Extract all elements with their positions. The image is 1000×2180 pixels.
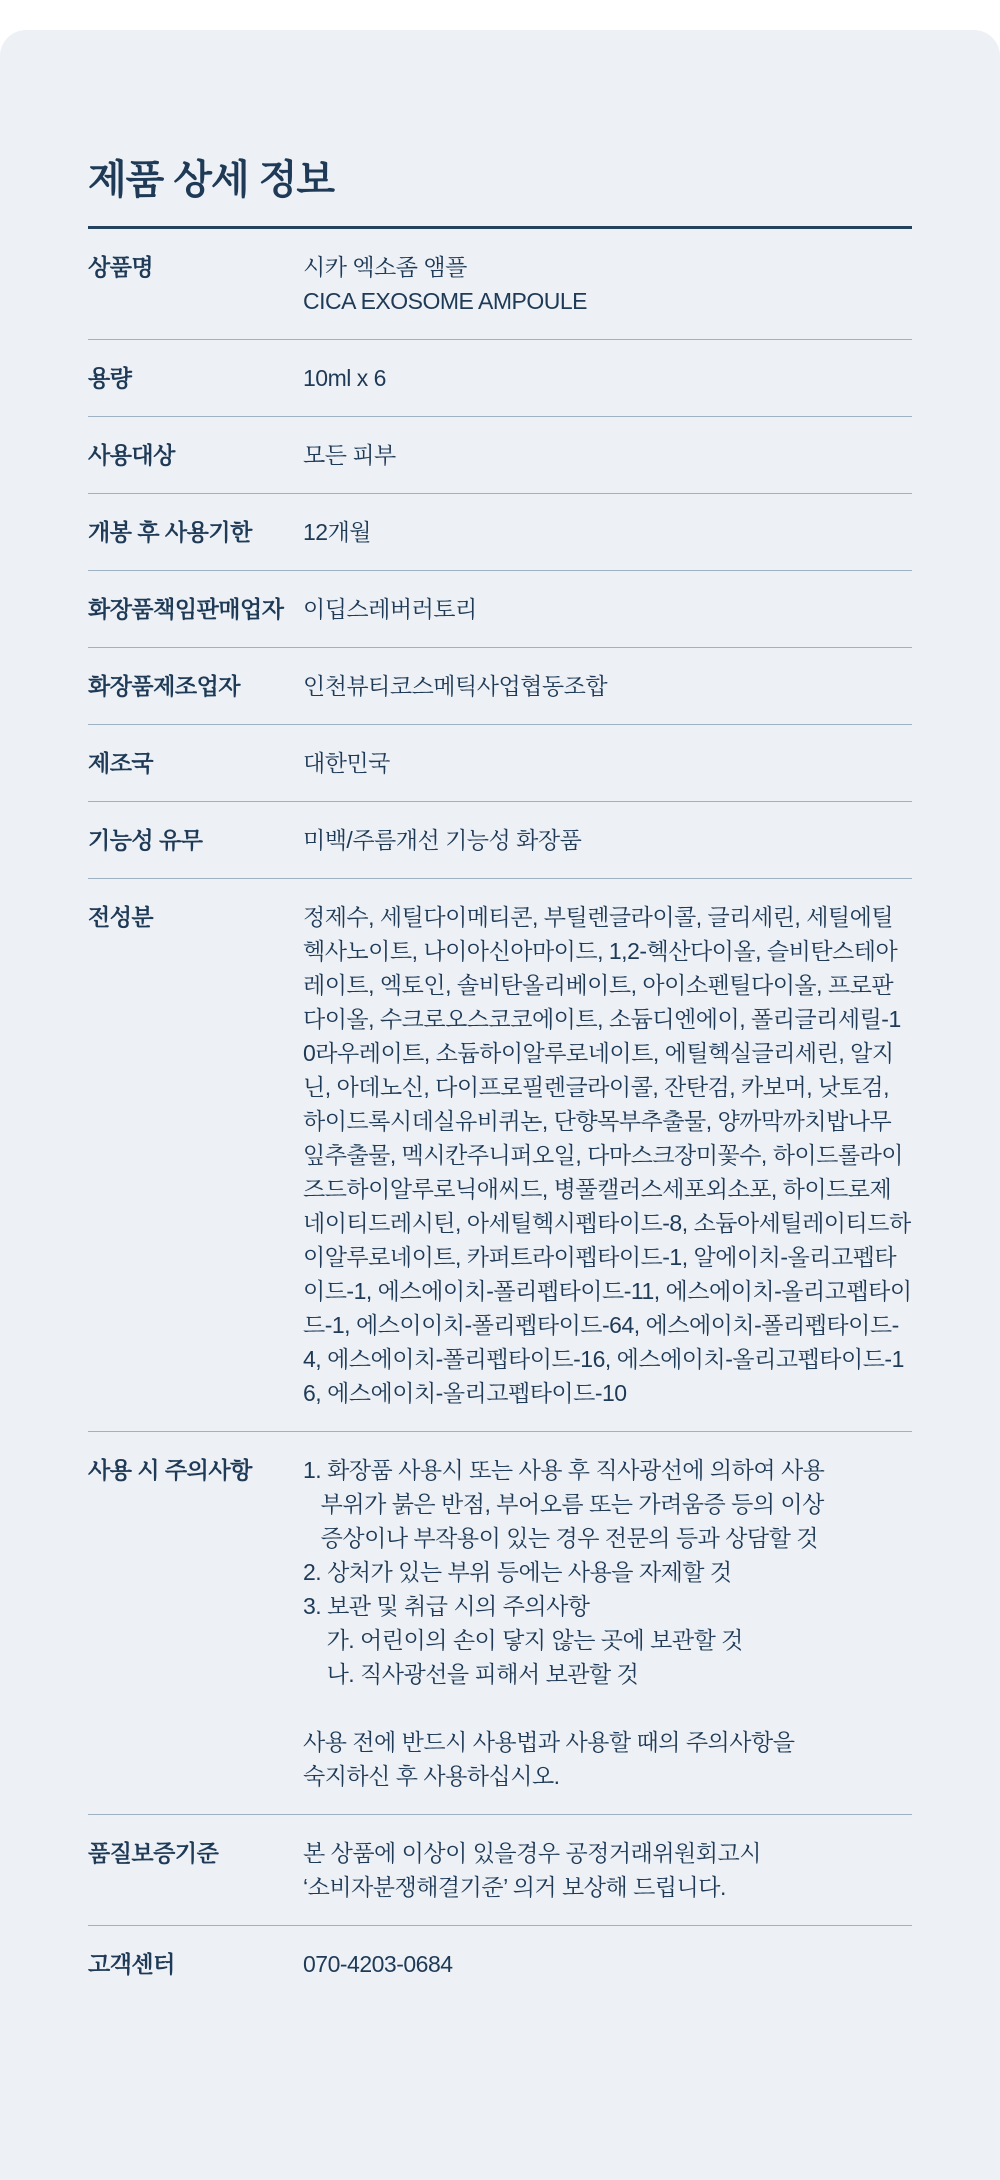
row-ingredients: 전성분 정제수, 세틸다이메티콘, 부틸렌글라이콜, 글리세린, 세틸에틸헥사노… [88, 879, 912, 1432]
customer-center-phone: 070-4203-0684 [303, 1947, 912, 1981]
row-quality-warranty: 품질보증기준 본 상품에 이상이 있을경우 공정거래위원회고시 ‘소비자분쟁해결… [88, 1815, 912, 1926]
functional-status-value: 미백/주름개선 기능성 화장품 [303, 823, 912, 857]
quality-warranty-label: 품질보증기준 [88, 1836, 303, 1870]
ingredients-value: 정제수, 세틸다이메티콘, 부틸렌글라이콜, 글리세린, 세틸에틸헥사노이트, … [303, 900, 912, 1410]
usage-target-label: 사용대상 [88, 438, 303, 472]
precautions-label: 사용 시 주의사항 [88, 1453, 303, 1487]
product-name-label: 상품명 [88, 250, 303, 284]
volume-value: 10ml x 6 [303, 361, 912, 395]
row-period-after-opening: 개봉 후 사용기한 12개월 [88, 494, 912, 571]
customer-center-label: 고객센터 [88, 1947, 303, 1981]
row-volume: 용량 10ml x 6 [88, 340, 912, 417]
usage-target-value: 모든 피부 [303, 438, 912, 472]
manufacturer-label: 화장품제조업자 [88, 669, 303, 703]
product-name-value: 시카 엑소좀 앰플 CICA EXOSOME AMPOULE [303, 250, 912, 318]
responsible-seller-label: 화장품책임판매업자 [88, 592, 303, 626]
ingredients-label: 전성분 [88, 900, 303, 934]
product-spec-table: 상품명 시카 엑소좀 앰플 CICA EXOSOME AMPOULE 용량 10… [88, 229, 912, 2002]
row-manufacturer: 화장품제조업자 인천뷰티코스메틱사업협동조합 [88, 648, 912, 725]
quality-warranty-value: 본 상품에 이상이 있을경우 공정거래위원회고시 ‘소비자분쟁해결기준’ 의거 … [303, 1836, 912, 1904]
period-after-opening-label: 개봉 후 사용기한 [88, 515, 303, 549]
precautions-value: 1. 화장품 사용시 또는 사용 후 직사광선에 의하여 사용 부위가 붉은 반… [303, 1453, 912, 1793]
row-product-name: 상품명 시카 엑소좀 앰플 CICA EXOSOME AMPOULE [88, 229, 912, 340]
country-of-origin-value: 대한민국 [303, 746, 912, 780]
country-of-origin-label: 제조국 [88, 746, 303, 780]
row-functional-status: 기능성 유무 미백/주름개선 기능성 화장품 [88, 802, 912, 879]
row-precautions: 사용 시 주의사항 1. 화장품 사용시 또는 사용 후 직사광선에 의하여 사… [88, 1432, 912, 1815]
period-after-opening-value: 12개월 [303, 515, 912, 549]
product-detail-panel: 제품 상세 정보 상품명 시카 엑소좀 앰플 CICA EXOSOME AMPO… [0, 30, 1000, 2180]
row-country-of-origin: 제조국 대한민국 [88, 725, 912, 802]
page-title: 제품 상세 정보 [88, 156, 912, 204]
volume-label: 용량 [88, 361, 303, 395]
row-responsible-seller: 화장품책임판매업자 이딥스레버러토리 [88, 571, 912, 648]
row-usage-target: 사용대상 모든 피부 [88, 417, 912, 494]
functional-status-label: 기능성 유무 [88, 823, 303, 857]
responsible-seller-value: 이딥스레버러토리 [303, 592, 912, 626]
manufacturer-value: 인천뷰티코스메틱사업협동조합 [303, 669, 912, 703]
row-customer-center: 고객센터 070-4203-0684 [88, 1926, 912, 2002]
